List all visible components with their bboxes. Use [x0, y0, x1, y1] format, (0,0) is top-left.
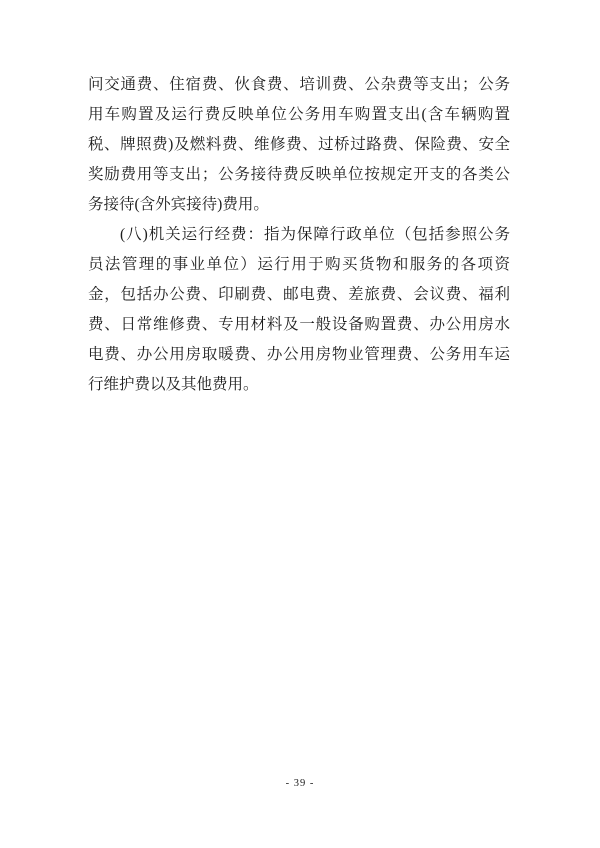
paragraph: 问交通费、住宿费、伙食费、培训费、公杂费等支出；公务 用车购置及运行费反映单位公… [88, 70, 510, 220]
text-line: 员法管理的事业单位）运行用于购买货物和服务的各项资 [88, 250, 510, 280]
paragraph: (八)机关运行经费：指为保障行政单位（包括参照公务 员法管理的事业单位）运行用于… [88, 220, 510, 400]
text-line: 费、日常维修费、专用材料及一般设备购置费、办公用房水 [88, 310, 510, 340]
page-number: - 39 - [0, 778, 600, 789]
text-line: (八)机关运行经费：指为保障行政单位（包括参照公务 [88, 220, 510, 250]
text-line: 奖励费用等支出；公务接待费反映单位按规定开支的各类公 [88, 160, 510, 190]
document-page: 问交通费、住宿费、伙食费、培训费、公杂费等支出；公务 用车购置及运行费反映单位公… [0, 0, 600, 848]
text-line: 电费、办公用房取暖费、办公用房物业管理费、公务用车运 [88, 340, 510, 370]
text-line: 行维护费以及其他费用。 [88, 370, 510, 400]
text-line: 务接待(含外宾接待)费用。 [88, 190, 510, 220]
text-line: 用车购置及运行费反映单位公务用车购置支出(含车辆购置 [88, 100, 510, 130]
text-line: 金，包括办公费、印刷费、邮电费、差旅费、会议费、福利 [88, 280, 510, 310]
text-line: 税、牌照费)及燃料费、维修费、过桥过路费、保险费、安全 [88, 130, 510, 160]
document-body: 问交通费、住宿费、伙食费、培训费、公杂费等支出；公务 用车购置及运行费反映单位公… [88, 70, 510, 400]
text-line: 问交通费、住宿费、伙食费、培训费、公杂费等支出；公务 [88, 70, 510, 100]
